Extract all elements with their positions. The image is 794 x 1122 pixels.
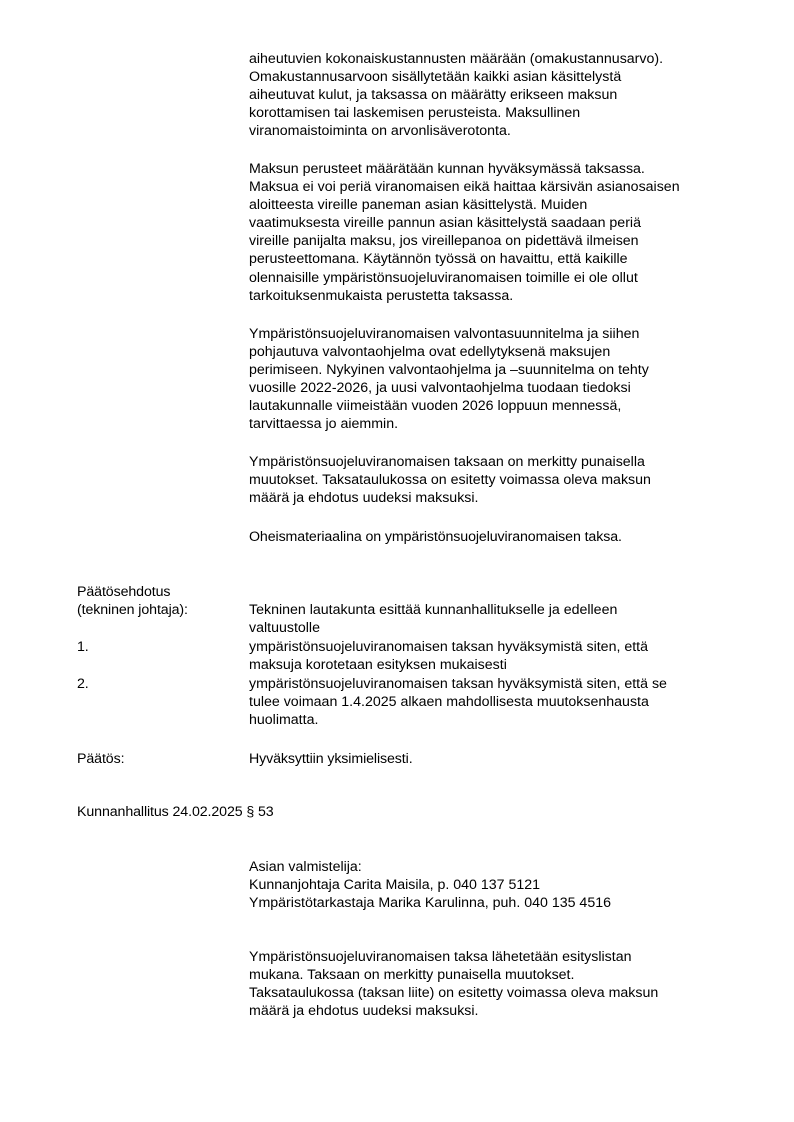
text-line: perimiseen. Nykyinen valvontaohjelma ja … (249, 361, 649, 379)
text-line: vaatimuksesta vireille pannun asian käsi… (249, 214, 680, 232)
text-line: Ympäristönsuojeluviranomaisen taksaan on… (249, 453, 651, 471)
text-line: lautakunnalle viimeistään vuoden 2026 lo… (249, 397, 649, 415)
paragraph-supervision-plan: Ympäristönsuojeluviranomaisen valvontasu… (249, 325, 649, 434)
paragraph-tariff-changes: Ympäristönsuojeluviranomaisen taksaan on… (249, 453, 651, 507)
text-line: aiheutuvat kulut, ja taksassa on määrätt… (249, 86, 663, 104)
text-line: huolimatta. (249, 711, 667, 729)
text-line: määrä ja ehdotus uudeksi maksuksi. (249, 1002, 658, 1020)
text-line: perusteettomana. Käytännön työssä on hav… (249, 250, 680, 268)
preparers-label: Asian valmistelija: (249, 858, 611, 876)
text-line: muutokset. Taksataulukossa on esitetty v… (249, 471, 651, 489)
paragraph-tariff-attached: Ympäristönsuojeluviranomaisen taksa lähe… (249, 948, 658, 1020)
proposal-label-author: (tekninen johtaja): (77, 601, 188, 619)
proposal-item-number: 2. (77, 675, 89, 693)
proposal-label: Päätösehdotus (77, 583, 170, 601)
text-line: vireille panijalta maksu, jos vireillepa… (249, 232, 680, 250)
proposal-item-number: 1. (77, 638, 89, 656)
proposal-intro: Tekninen lautakunta esittää kunnanhallit… (249, 601, 617, 637)
preparer-contact: Kunnanjohtaja Carita Maisila, p. 040 137… (249, 876, 611, 894)
text-line: mukana. Taksaan on merkitty punaisella m… (249, 966, 658, 984)
text-line: Tekninen lautakunta esittää kunnanhallit… (249, 601, 617, 619)
paragraph-cost-basis: aiheutuvien kokonaiskustannusten määrään… (249, 50, 663, 140)
text-line: Maksua ei voi periä viranomaisen eikä ha… (249, 178, 680, 196)
text-line: maksuja korotetaan esityksen mukaisesti (249, 656, 648, 674)
text-line: tulee voimaan 1.4.2025 alkaen mahdollise… (249, 693, 667, 711)
text-line: määrä ja ehdotus uudeksi maksuksi. (249, 489, 651, 507)
decision-text: Hyväksyttiin yksimielisesti. (249, 750, 413, 768)
paragraph-attachment-note: Oheismateriaalina on ympäristönsuojeluvi… (249, 528, 622, 546)
text-line: Ympäristönsuojeluviranomaisen taksa lähe… (249, 948, 658, 966)
text-line: aloitteesta vireille paneman asian käsit… (249, 196, 680, 214)
text-line: pohjautuva valvontaohjelma ovat edellyty… (249, 343, 649, 361)
text-line: olennaisille ympäristönsuojeluviranomais… (249, 269, 680, 287)
text-line: tarkoituksenmukaista perustetta taksassa… (249, 287, 680, 305)
text-line: Maksun perusteet määrätään kunnan hyväks… (249, 160, 680, 178)
preparers: Asian valmistelija: Kunnanjohtaja Carita… (249, 858, 611, 912)
text-line: aiheutuvien kokonaiskustannusten määrään… (249, 50, 663, 68)
text-line: vuosille 2022-2026, ja uusi valvontaohje… (249, 379, 649, 397)
text-line: ympäristönsuojeluviranomaisen taksan hyv… (249, 638, 648, 656)
decision-label: Päätös: (77, 750, 124, 768)
paragraph-fee-grounds: Maksun perusteet määrätään kunnan hyväks… (249, 160, 680, 305)
text-line: Ympäristönsuojeluviranomaisen valvontasu… (249, 325, 649, 343)
text-line: valtuustolle (249, 619, 617, 637)
text-line: Taksataulukossa (taksan liite) on esitet… (249, 984, 658, 1002)
proposal-item-text: ympäristönsuojeluviranomaisen taksan hyv… (249, 638, 648, 674)
text-line: ympäristönsuojeluviranomaisen taksan hyv… (249, 675, 667, 693)
text-line: korottamisen tai laskemisen perusteista.… (249, 104, 663, 122)
text-line: viranomaistoiminta on arvonlisäverotonta… (249, 122, 663, 140)
preparer-contact: Ympäristötarkastaja Marika Karulinna, pu… (249, 894, 611, 912)
text-line: Omakustannusarvoon sisällytetään kaikki … (249, 68, 663, 86)
board-meeting-heading: Kunnanhallitus 24.02.2025 § 53 (77, 803, 274, 821)
text-line: tarvittaessa jo aiemmin. (249, 415, 649, 433)
proposal-item-text: ympäristönsuojeluviranomaisen taksan hyv… (249, 675, 667, 729)
